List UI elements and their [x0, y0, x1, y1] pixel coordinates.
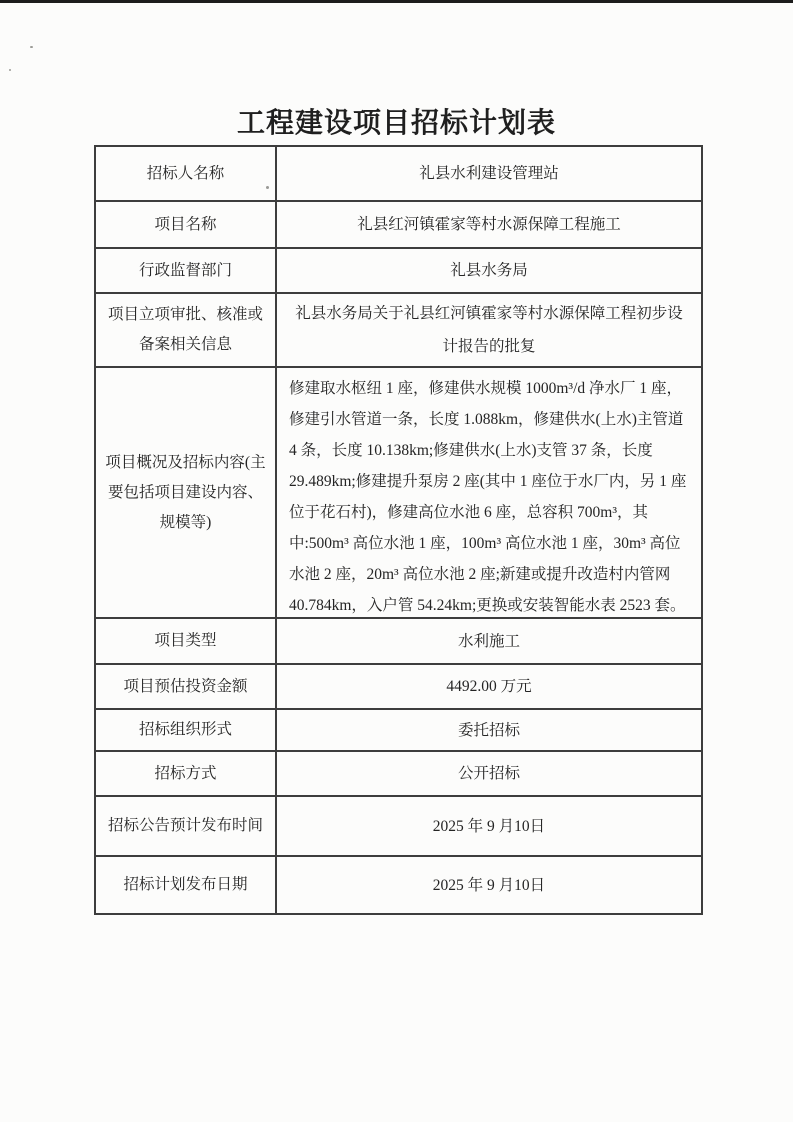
document-page: 工程建设项目招标计划表 招标人名称 礼县水利建设管理站 项目名称 礼县红河镇霍家… — [0, 0, 793, 1122]
table-row-plan-publish-date: 招标计划发布日期 2025 年 9 月10日 — [96, 857, 701, 913]
row-value: 2025 年 9 月10日 — [277, 857, 701, 913]
table-row-organization-form: 招标组织形式 委托招标 — [96, 710, 701, 752]
table-row-bidder-name: 招标人名称 礼县水利建设管理站 — [96, 147, 701, 202]
row-value: 公开招标 — [277, 752, 701, 795]
table-row-project-type: 项目类型 水利施工 — [96, 619, 701, 665]
row-label: 项目名称 — [96, 202, 277, 247]
row-label: 行政监督部门 — [96, 249, 277, 292]
row-label: 招标计划发布日期 — [96, 857, 277, 913]
row-label: 项目概况及招标内容(主要包括项目建设内容、规模等) — [96, 368, 277, 617]
row-value: 礼县红河镇霍家等村水源保障工程施工 — [277, 202, 701, 247]
row-value: 水利施工 — [277, 619, 701, 663]
row-label: 项目立项审批、核准或备案相关信息 — [96, 294, 277, 366]
row-value: 修建取水枢纽 1 座，修建供水规模 1000m³/d 净水厂 1 座，修建引水管… — [277, 368, 701, 617]
table-row-estimated-investment: 项目预估投资金额 4492.00 万元 — [96, 665, 701, 710]
bidding-plan-table: 招标人名称 礼县水利建设管理站 项目名称 礼县红河镇霍家等村水源保障工程施工 行… — [94, 145, 703, 915]
page-title: 工程建设项目招标计划表 — [0, 101, 793, 141]
row-value: 礼县水务局关于礼县红河镇霍家等村水源保障工程初步设计报告的批复 — [277, 294, 701, 366]
row-label: 招标组织形式 — [96, 710, 277, 750]
table-row-supervision-dept: 行政监督部门 礼县水务局 — [96, 249, 701, 294]
row-label: 招标方式 — [96, 752, 277, 795]
row-value: 4492.00 万元 — [277, 665, 701, 708]
row-value: 委托招标 — [277, 710, 701, 750]
table-row-approval-info: 项目立项审批、核准或备案相关信息 礼县水务局关于礼县红河镇霍家等村水源保障工程初… — [96, 294, 701, 368]
table-row-bidding-method: 招标方式 公开招标 — [96, 752, 701, 797]
row-label: 项目类型 — [96, 619, 277, 663]
row-value: 2025 年 9 月10日 — [277, 797, 701, 855]
scan-speck — [30, 46, 33, 48]
row-label: 招标公告预计发布时间 — [96, 797, 277, 855]
row-value: 礼县水利建设管理站 — [277, 147, 701, 200]
row-label: 招标人名称 — [96, 147, 277, 200]
row-value: 礼县水务局 — [277, 249, 701, 292]
table-row-announcement-date: 招标公告预计发布时间 2025 年 9 月10日 — [96, 797, 701, 857]
scan-speck — [9, 69, 11, 71]
row-label: 项目预估投资金额 — [96, 665, 277, 708]
table-row-project-overview: 项目概况及招标内容(主要包括项目建设内容、规模等) 修建取水枢纽 1 座，修建供… — [96, 368, 701, 619]
table-row-project-name: 项目名称 礼县红河镇霍家等村水源保障工程施工 — [96, 202, 701, 249]
scan-edge-artifact — [0, 0, 793, 3]
